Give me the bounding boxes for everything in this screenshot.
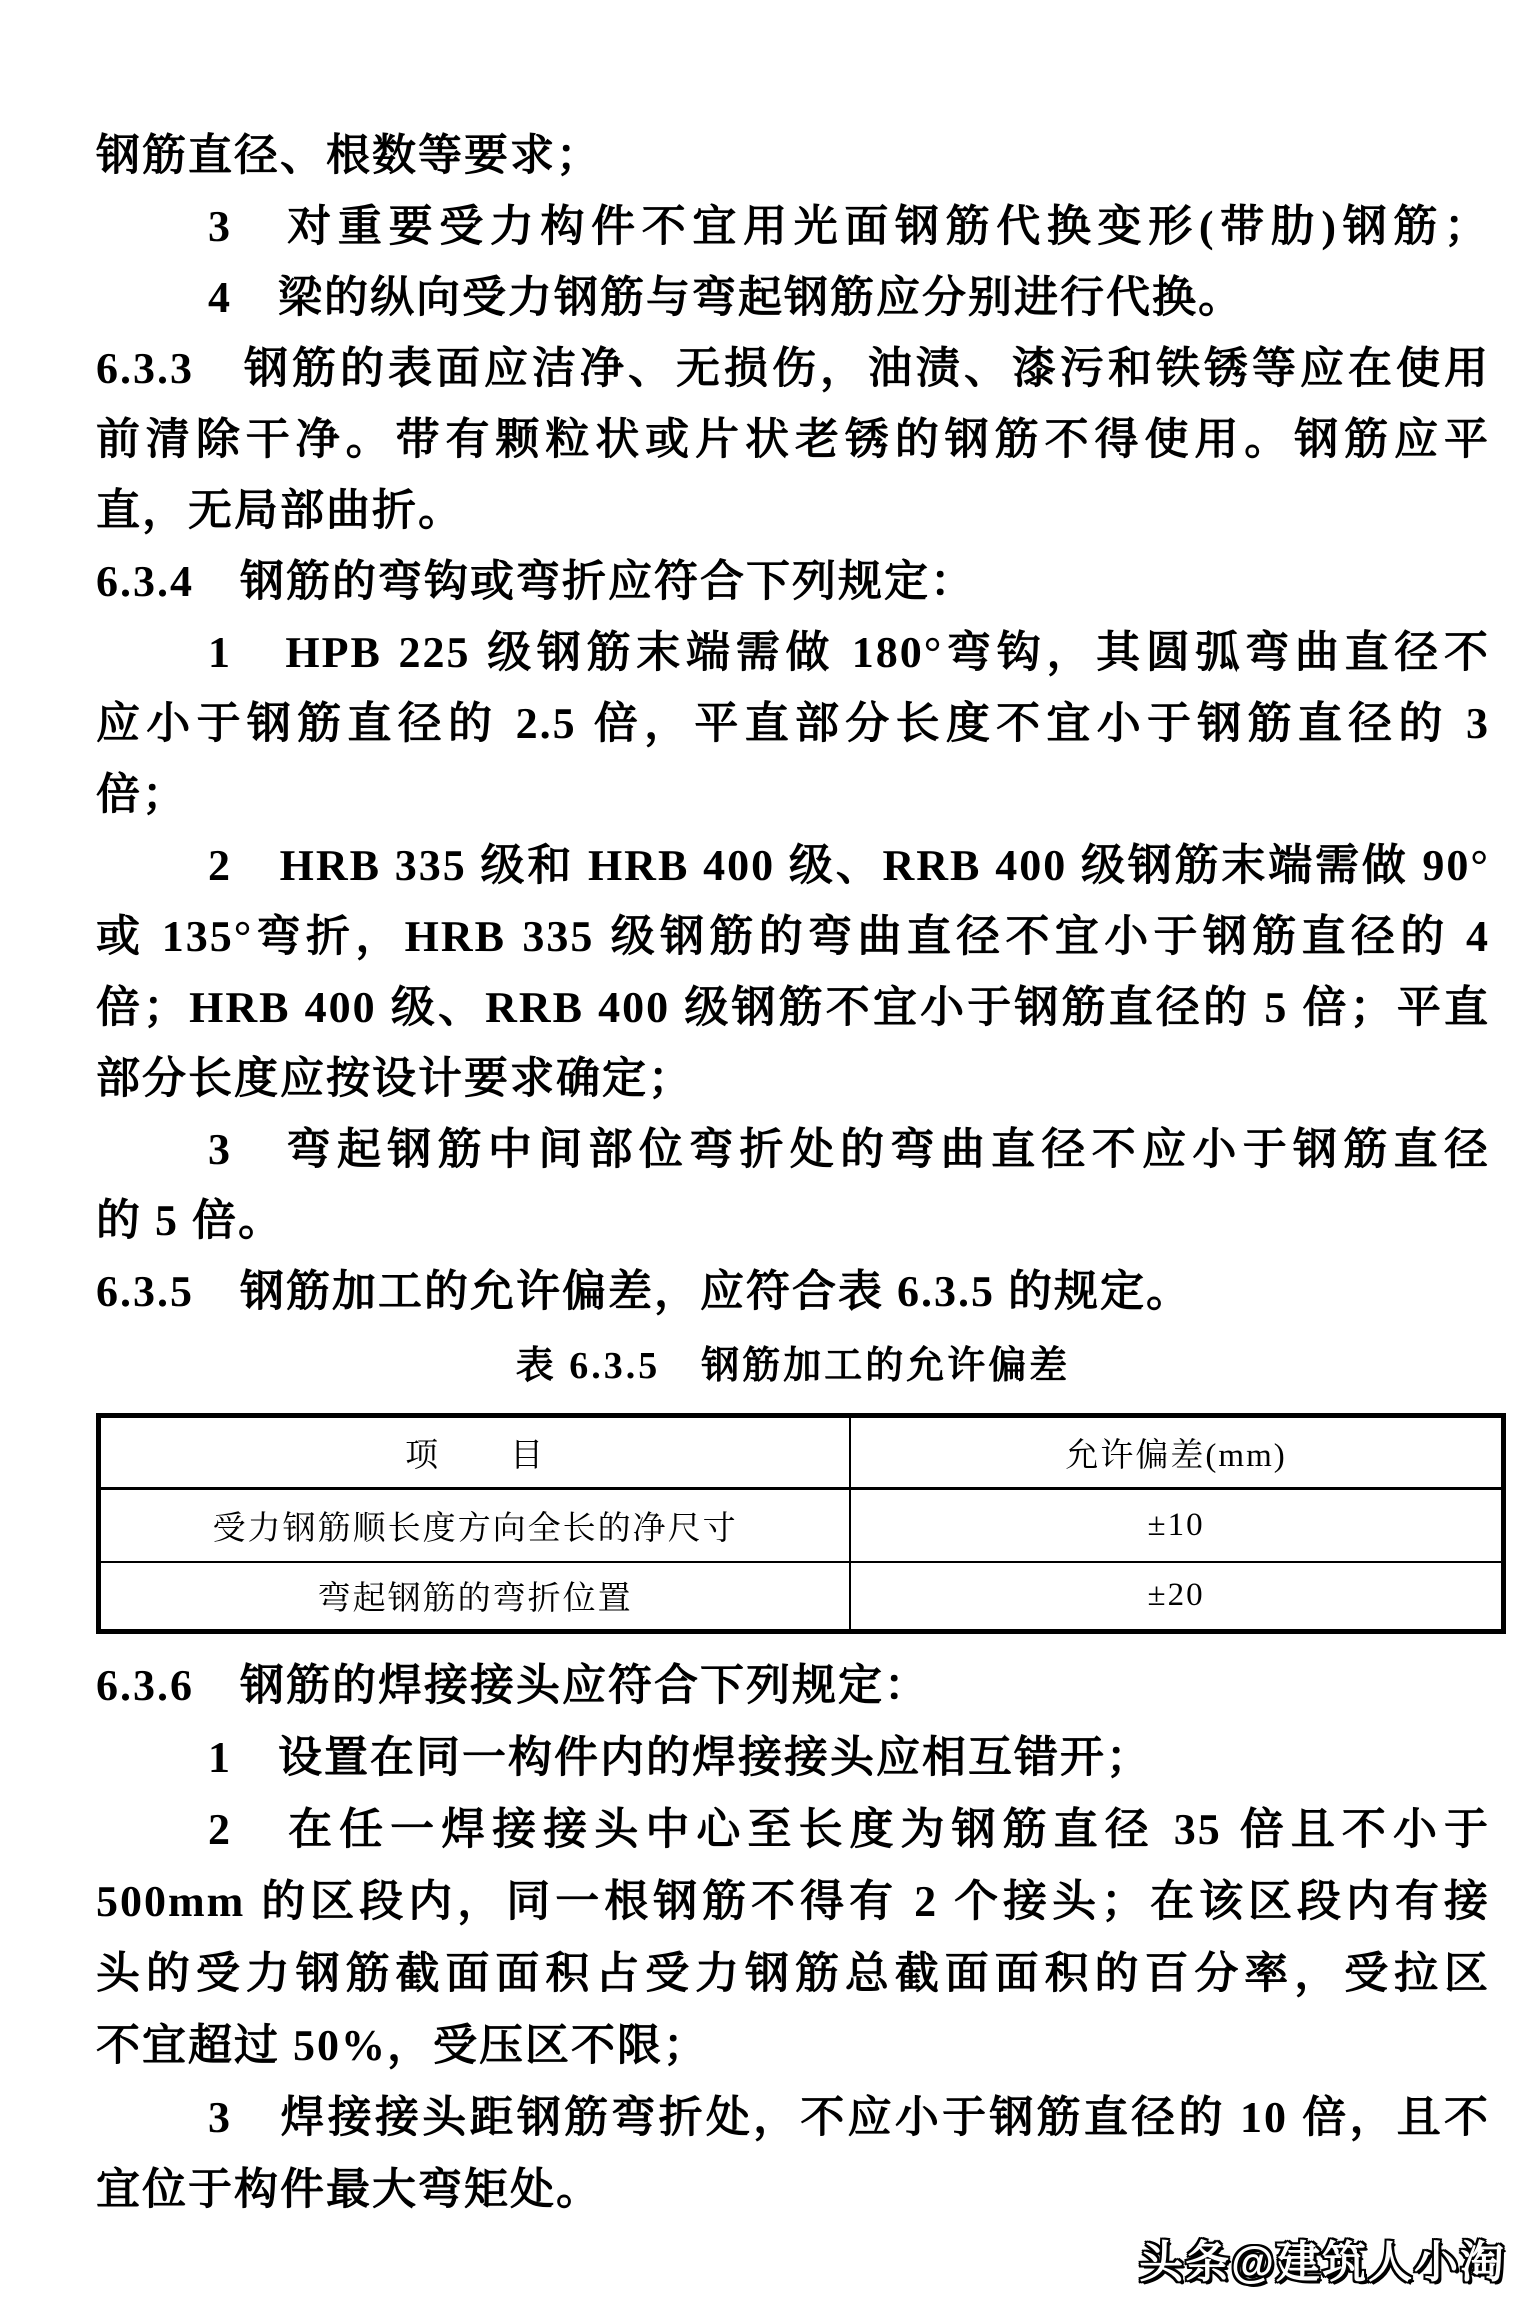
text-line: 3 焊接接头距钢筋弯折处，不应小于钢筋直径的 10 倍，且不 bbox=[96, 2082, 1490, 2154]
text-line: 或 135°弯折，HRB 335 级钢筋的弯曲直径不宜小于钢筋直径的 4 bbox=[96, 901, 1490, 972]
text-line: 倍；HRB 400 级、RRB 400 级钢筋不宜小于钢筋直径的 5 倍；平直 bbox=[96, 972, 1490, 1043]
text-line: 3 对重要受力构件不宜用光面钢筋代换变形(带肋)钢筋； bbox=[96, 191, 1490, 262]
item-name-cell: 弯起钢筋的弯折位置 bbox=[99, 1562, 851, 1632]
text-line: 倍； bbox=[96, 759, 1490, 830]
table-header-row: 项 目允许偏差(mm) bbox=[99, 1416, 1504, 1489]
text-line: 宜位于构件最大弯矩处。 bbox=[96, 2154, 1490, 2226]
text-line: 不宜超过 50%，受压区不限； bbox=[96, 2010, 1490, 2082]
page-content: 钢筋直径、根数等要求；3 对重要受力构件不宜用光面钢筋代换变形(带肋)钢筋；4 … bbox=[0, 0, 1530, 2226]
text-line: 1 HPB 225 级钢筋末端需做 180°弯钩，其圆弧弯曲直径不 bbox=[96, 617, 1490, 688]
tolerance-table: 项 目允许偏差(mm) 受力钢筋顺长度方向全长的净尺寸±10弯起钢筋的弯折位置±… bbox=[96, 1413, 1506, 1634]
text-line: 6.3.3 钢筋的表面应洁净、无损伤，油渍、漆污和铁锈等应在使用 bbox=[96, 333, 1490, 404]
tolerance-value-cell: ±10 bbox=[850, 1489, 1503, 1562]
table-caption: 表 6.3.5 钢筋加工的允许偏差 bbox=[96, 1335, 1490, 1397]
text-line: 应小于钢筋直径的 2.5 倍，平直部分长度不宜小于钢筋直径的 3 bbox=[96, 688, 1490, 759]
text-line: 6.3.6 钢筋的焊接接头应符合下列规定： bbox=[96, 1650, 1490, 1722]
text-line: 6.3.4 钢筋的弯钩或弯折应符合下列规定： bbox=[96, 546, 1490, 617]
item-name-cell: 受力钢筋顺长度方向全长的净尺寸 bbox=[99, 1489, 851, 1562]
table-header-cell: 项 目 bbox=[99, 1416, 851, 1489]
text-line: 6.3.5 钢筋加工的允许偏差，应符合表 6.3.5 的规定。 bbox=[96, 1256, 1490, 1327]
text-line: 3 弯起钢筋中间部位弯折处的弯曲直径不应小于钢筋直径 bbox=[96, 1114, 1490, 1185]
table-row: 受力钢筋顺长度方向全长的净尺寸±10 bbox=[99, 1489, 1504, 1562]
text-line: 的 5 倍。 bbox=[96, 1185, 1490, 1256]
text-line: 4 梁的纵向受力钢筋与弯起钢筋应分别进行代换。 bbox=[96, 262, 1490, 333]
text-line: 2 HRB 335 级和 HRB 400 级、RRB 400 级钢筋末端需做 9… bbox=[96, 830, 1490, 901]
text-line: 直，无局部曲折。 bbox=[96, 475, 1490, 546]
body-text-block-bottom: 6.3.6 钢筋的焊接接头应符合下列规定：1 设置在同一构件内的焊接接头应相互错… bbox=[96, 1650, 1490, 2226]
text-line: 部分长度应按设计要求确定； bbox=[96, 1043, 1490, 1114]
text-line: 500mm 的区段内，同一根钢筋不得有 2 个接头；在该区段内有接 bbox=[96, 1866, 1490, 1938]
text-line: 前清除干净。带有颗粒状或片状老锈的钢筋不得使用。钢筋应平 bbox=[96, 404, 1490, 475]
table-header-cell: 允许偏差(mm) bbox=[850, 1416, 1503, 1489]
text-line: 2 在任一焊接接头中心至长度为钢筋直径 35 倍且不小于 bbox=[96, 1794, 1490, 1866]
text-line: 钢筋直径、根数等要求； bbox=[96, 120, 1490, 191]
text-line: 头的受力钢筋截面面积占受力钢筋总截面面积的百分率，受拉区 bbox=[96, 1938, 1490, 2010]
tolerance-value-cell: ±20 bbox=[850, 1562, 1503, 1632]
text-line: 1 设置在同一构件内的焊接接头应相互错开； bbox=[96, 1722, 1490, 1794]
watermark-text: 头条@建筑人小淘 bbox=[1139, 2226, 1506, 2290]
document-page: 钢筋直径、根数等要求；3 对重要受力构件不宜用光面钢筋代换变形(带肋)钢筋；4 … bbox=[0, 0, 1530, 2314]
body-text-block-top: 钢筋直径、根数等要求；3 对重要受力构件不宜用光面钢筋代换变形(带肋)钢筋；4 … bbox=[96, 120, 1490, 1327]
table-row: 弯起钢筋的弯折位置±20 bbox=[99, 1562, 1504, 1632]
